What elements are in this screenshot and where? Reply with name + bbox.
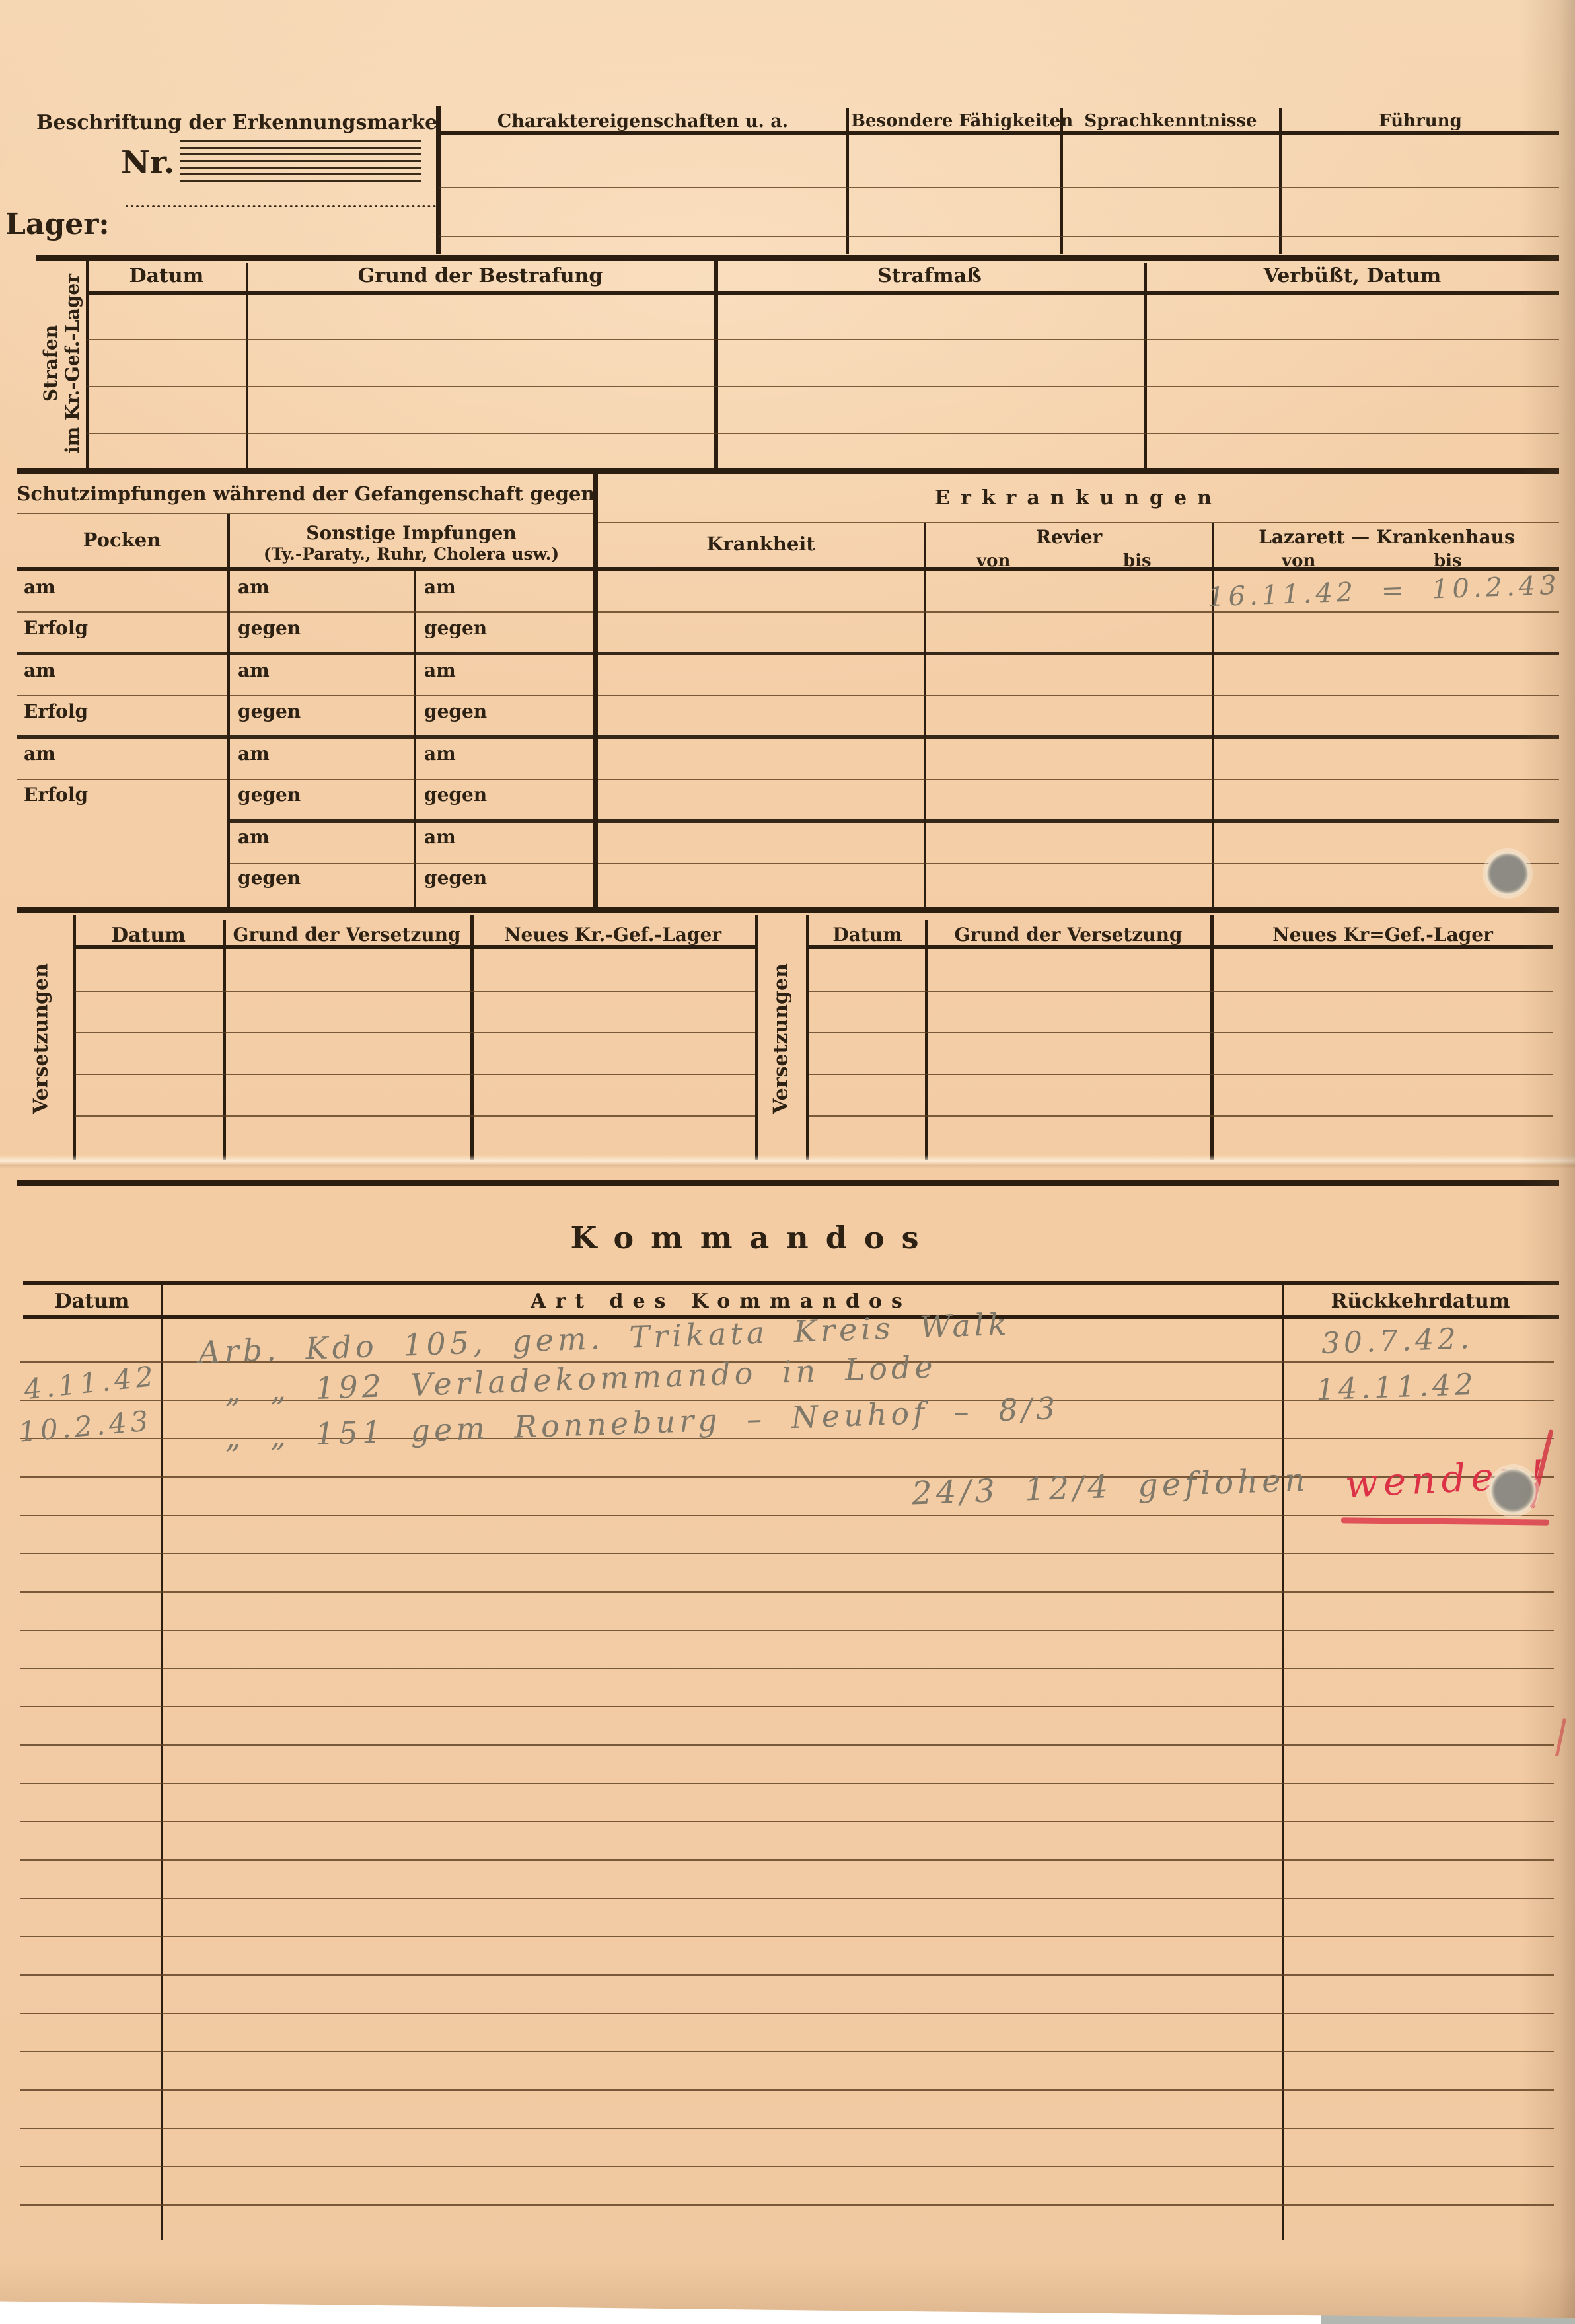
erkrankungen-title: Erkrankungen [598, 486, 1559, 509]
sonstige-am-label: am [238, 743, 270, 765]
header-krankheit: Krankheit [598, 533, 924, 555]
strafen-header-strafmass: Strafmaß [715, 264, 1144, 287]
versetzungen-right-header-neues-lager: Neues Kr=Gef.-Lager [1213, 924, 1553, 946]
sonstige-gegen-label: gegen [424, 867, 487, 889]
pocken-erfolg-label: Erfolg [24, 617, 88, 639]
versetzungen-left-header-grund: Grund der Versetzung [225, 924, 469, 946]
sonstige-am-label: am [238, 576, 270, 598]
lazarett-handwritten-entry: 16.11.42 = 10.2.43 [1207, 570, 1560, 613]
rule-line [598, 522, 1559, 523]
column-divider [846, 108, 849, 254]
sonstige-am-label: am [424, 576, 456, 598]
sonstige-am-label: am [424, 659, 456, 681]
card-paper: Beschriftung der Erkennungsmarke Nr. Lag… [0, 0, 1575, 2324]
hole-punch [1489, 1467, 1537, 1515]
strafen-header-verbuesst: Verbüßt, Datum [1146, 264, 1559, 287]
rule-lines [598, 611, 1559, 866]
lager-dotted-line [126, 205, 436, 207]
kommandos-header-art: Art des Kommandos [161, 1290, 1282, 1313]
rule-line [439, 236, 1559, 237]
pocken-am-label: am [24, 743, 55, 765]
rule-line [439, 187, 1559, 188]
column-divider [714, 258, 718, 470]
rule-lines [20, 1324, 1554, 2210]
lager-label: Lager: [5, 207, 110, 241]
column-divider [86, 258, 89, 470]
pocken-erfolg-label: Erfolg [24, 784, 88, 806]
rule-lines [230, 611, 593, 866]
sonstige-gegen-label: gegen [238, 700, 301, 722]
pocken-am-label: am [24, 576, 55, 598]
strafen-header-datum: Datum [87, 264, 246, 287]
paper-crease [0, 1155, 1575, 1168]
header-charaktereigenschaften: Charaktereigenschaften u. a. [443, 111, 843, 131]
header-pocken: Pocken [17, 529, 227, 551]
rule-line [17, 1180, 1559, 1186]
rule-line [23, 1281, 1559, 1285]
header-sprachkenntnisse: Sprachkenntnisse [1065, 111, 1276, 131]
kommando-entry-rueckkehr: 30.7.42. [1321, 1322, 1474, 1361]
header-revier: Revier [926, 526, 1212, 548]
kommandos-header-rueckkehrdatum: Rückkehrdatum [1282, 1290, 1559, 1313]
rule-line [436, 131, 1559, 135]
sonstige-gegen-label: gegen [238, 617, 301, 639]
versetzungen-side-label-text: Versetzungen [30, 933, 53, 1144]
rule-line [36, 255, 1559, 261]
pocken-am-label: am [24, 659, 55, 681]
sonstige-am-label: am [424, 826, 456, 848]
rule-line [86, 291, 1559, 295]
sonstige-gegen-label: gegen [424, 617, 487, 639]
sonstige-gegen-label: gegen [424, 700, 487, 722]
scanned-card: Beschriftung der Erkennungsmarke Nr. Lag… [0, 0, 1575, 2324]
pocken-erfolg-label: Erfolg [24, 700, 88, 722]
versetzungen-right-header-grund: Grund der Versetzung [928, 924, 1209, 946]
header-sonstige-impfungen: Sonstige Impfungen [227, 522, 595, 544]
header-sonstige-impfungen-sub: (Ty.-Paraty., Ruhr, Cholera usw.) [227, 544, 595, 564]
header-fuehrung: Führung [1284, 111, 1557, 131]
rule-line [17, 567, 1559, 571]
strafen-header-grund: Grund der Bestrafung [247, 264, 714, 287]
sonstige-am-label: am [238, 659, 270, 681]
column-divider [755, 915, 758, 1160]
versetzungen-left-header-neues-lager: Neues Kr.-Gef.-Lager [472, 924, 754, 946]
strafen-side-label-line1: Strafen [40, 254, 61, 472]
rule-line [806, 945, 1553, 949]
hole-punch [1485, 851, 1530, 896]
nr-label: Nr. [121, 144, 174, 181]
rule-line [17, 907, 1559, 913]
rule-line [73, 945, 758, 949]
nr-hatch-field [180, 140, 421, 182]
rule-line [17, 513, 593, 514]
sonstige-am-label: am [238, 826, 270, 848]
header-besondere-faehigkeiten: Besondere Fähigkeiten [851, 111, 1057, 131]
column-divider [1279, 108, 1282, 254]
column-divider [436, 106, 441, 254]
rule-line [17, 468, 1559, 474]
header-lazarett: Lazarett — Krankenhaus [1214, 526, 1559, 548]
sonstige-am-label: am [424, 743, 456, 765]
versetzungen-side-label-text: Versetzungen [770, 933, 793, 1144]
rule-line [87, 433, 1559, 434]
rule-lines [75, 991, 755, 1117]
sonstige-gegen-label: gegen [238, 784, 301, 806]
kommandos-title: Kommandos [40, 1220, 1467, 1256]
rule-line [87, 386, 1559, 387]
red-edge-mark [1555, 1718, 1566, 1756]
rule-line [87, 339, 1559, 340]
impfungen-title: Schutzimpfungen während der Gefangenscha… [17, 482, 595, 505]
strafen-side-label-line2: im Kr.-Gef.-Lager [61, 254, 83, 472]
kommandos-header-datum: Datum [23, 1290, 161, 1313]
rule-lines [809, 991, 1553, 1117]
beschriftung-title: Beschriftung der Erkennungsmarke [36, 111, 433, 134]
kommando-entry-rueckkehr: 14.11.42 [1315, 1368, 1478, 1407]
versetzungen-left-header-datum: Datum [75, 924, 222, 947]
versetzungen-right-header-datum: Datum [809, 924, 926, 946]
sonstige-gegen-label: gegen [238, 867, 301, 889]
sonstige-gegen-label: gegen [424, 784, 487, 806]
